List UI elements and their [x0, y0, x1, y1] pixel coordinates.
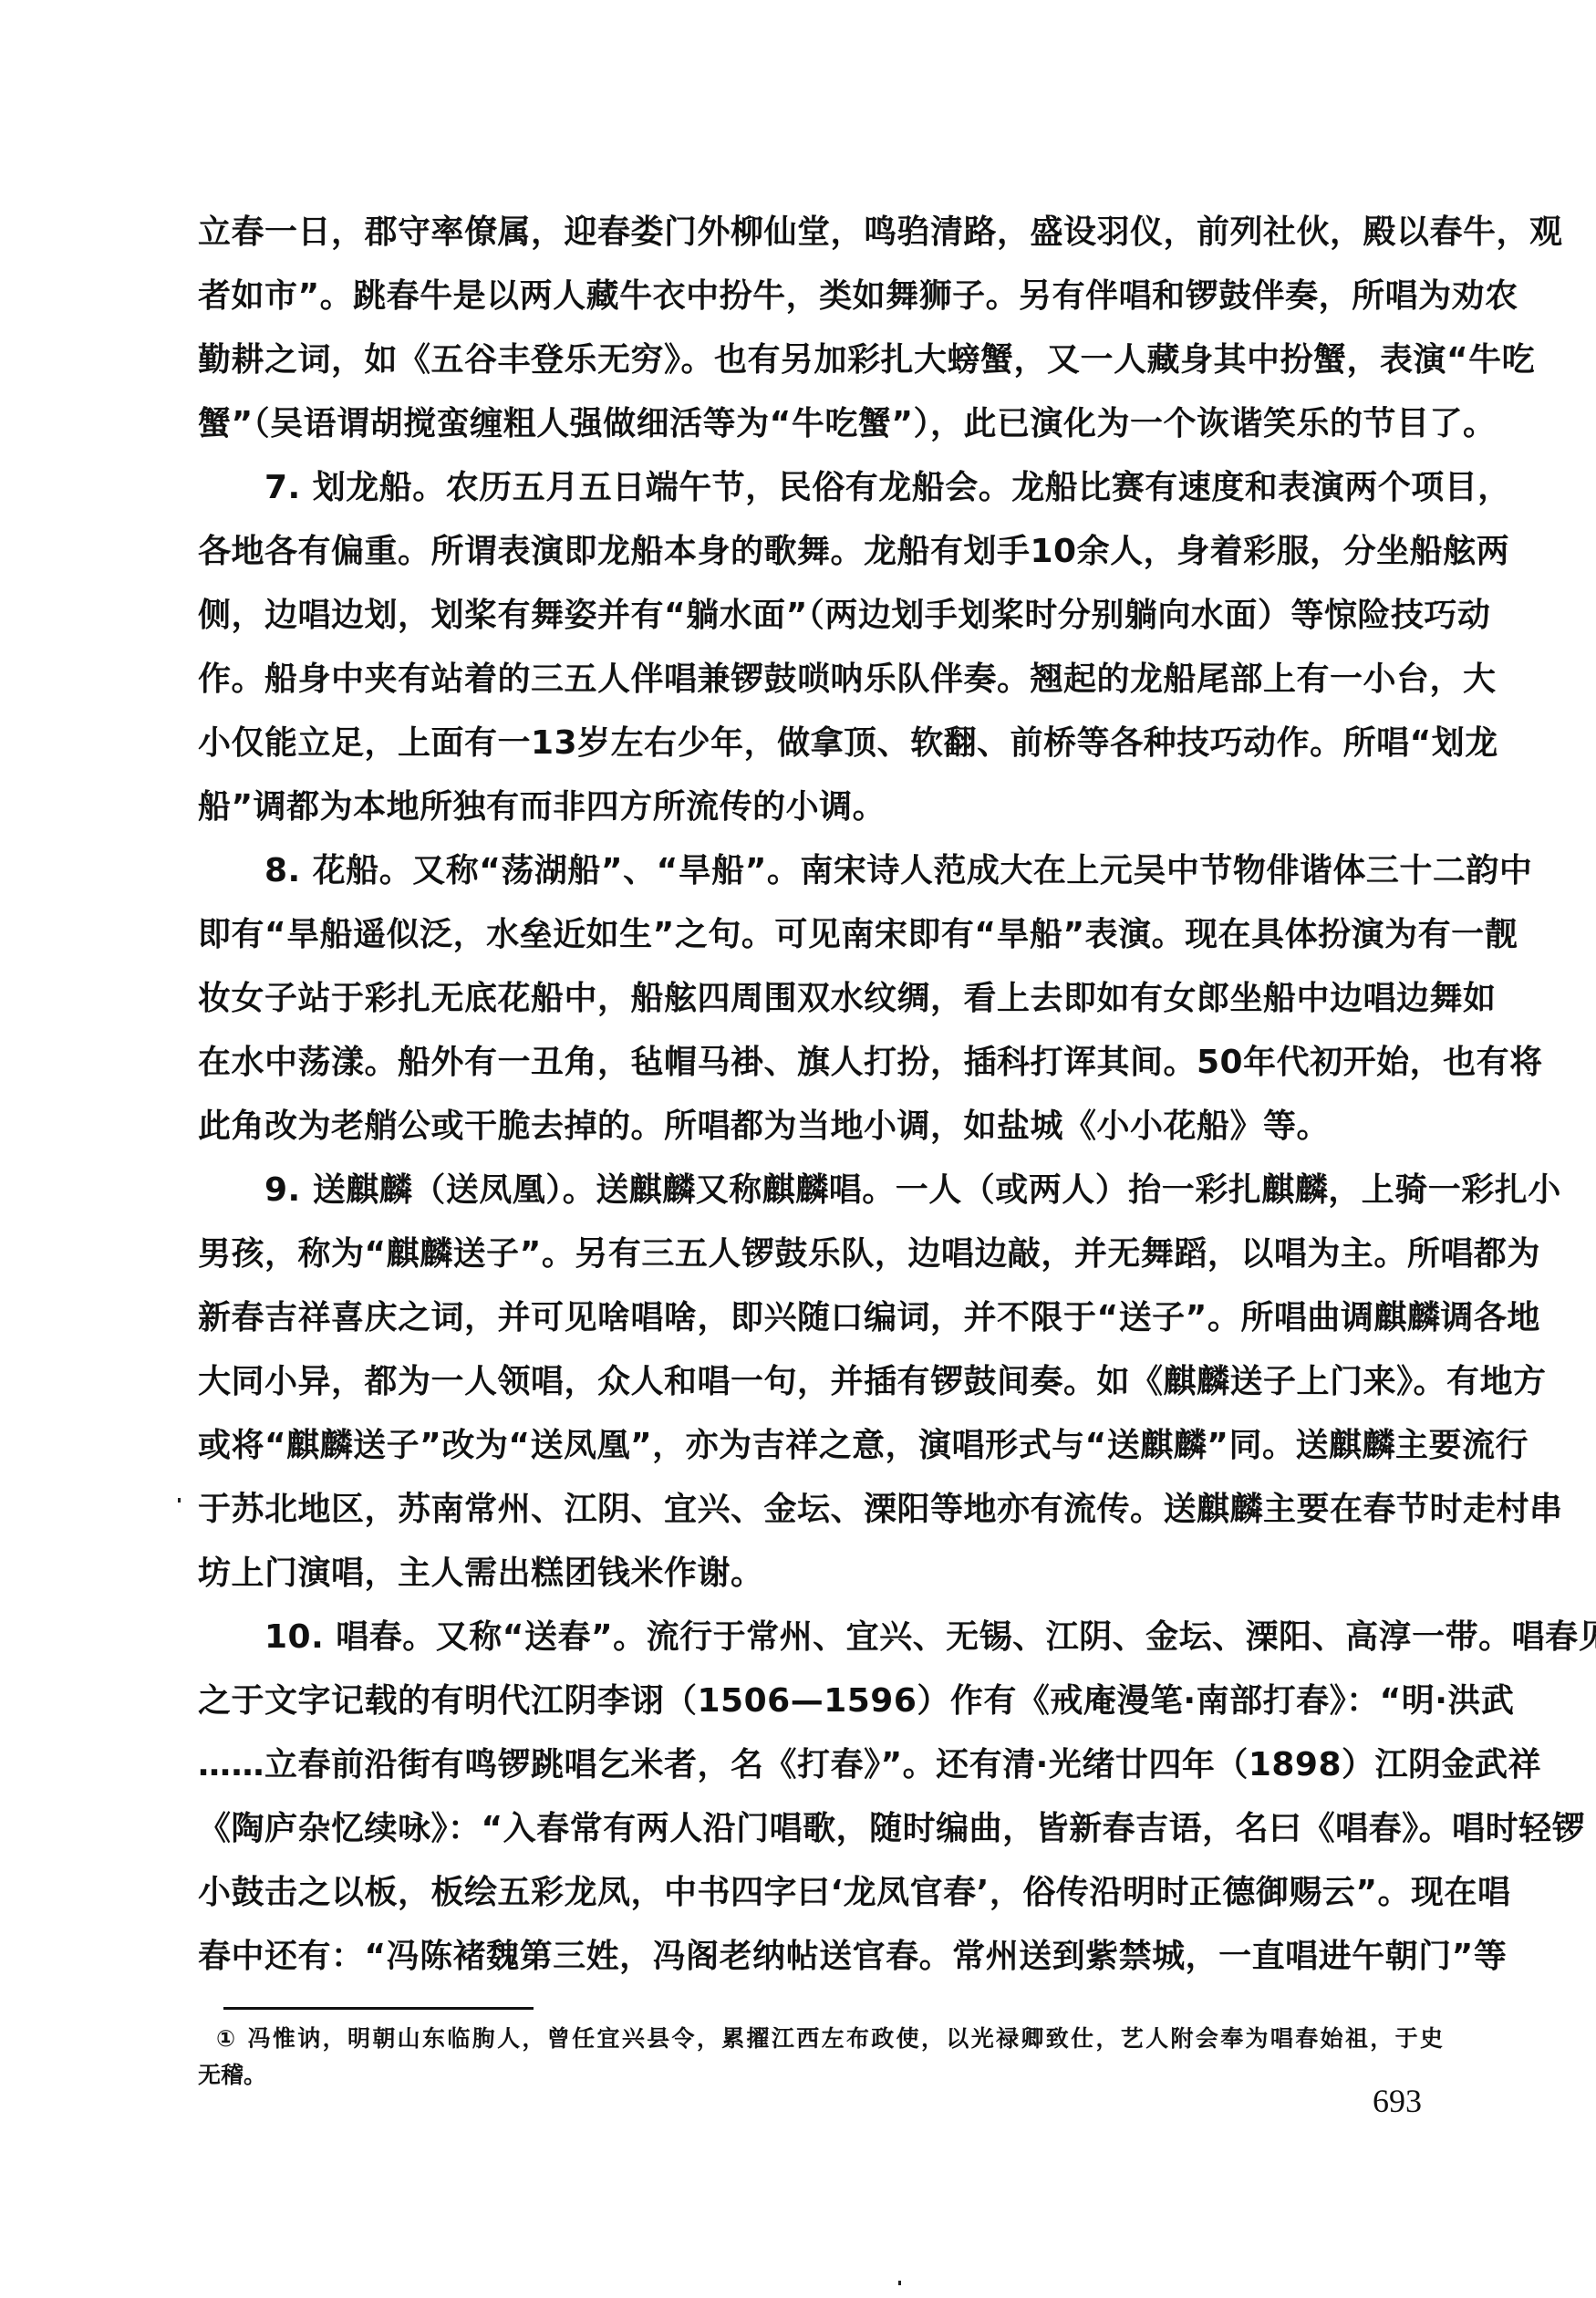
footnote-line: ① 冯惟讷，明朝山东临朐人，曾任宜兴县令，累擢江西左布政使，以光禄卿致仕，艺人附… — [216, 2021, 1443, 2057]
text-line: 立春一日，郡守率僚属，迎春娄门外柳仙堂，鸣驺清路，盛设羽仪，前列社伙，殿以春牛，… — [198, 201, 1443, 265]
text-line: 船”调都为本地所独有而非四方所流传的小调。 — [198, 775, 1443, 839]
scan-speck — [178, 1498, 181, 1503]
text-line: 各地各有偏重。所谓表演即龙船本身的歌舞。龙船有划手10余人，身着彩服，分坐船舷两 — [198, 520, 1443, 584]
text-line: 坊上门演唱，主人需出糕团钱米作谢。 — [198, 1542, 1443, 1606]
text-line: 侧，边唱边划，划桨有舞姿并有“躺水面”（两边划手划桨时分别躺向水面）等惊险技巧动 — [198, 584, 1443, 648]
scan-speck — [898, 2281, 901, 2285]
text-line: 小仅能立足，上面有一13岁左右少年，做拿顶、软翻、前桥等各种技巧动作。所唱“划龙 — [198, 712, 1443, 775]
text-line: 者如市”。跳春牛是以两人藏牛衣中扮牛，类如舞狮子。另有伴唱和锣鼓伴奏，所唱为劝农 — [198, 265, 1443, 328]
text-line: 或将“麒麟送子”改为“送凤凰”，亦为吉祥之意，演唱形式与“送麒麟”同。送麒麟主要… — [198, 1414, 1443, 1478]
text-line: 春中还有：“冯陈褚魏第三姓，冯阁老纳帖送官春。常州送到紫禁城，一直唱进午朝门”等 — [198, 1925, 1443, 1989]
text-line: 小鼓击之以板，板绘五彩龙凤，中书四字曰‘龙凤官春’，俗传沿明时正德御赐云”。现在… — [198, 1861, 1443, 1925]
text-line: 蟹”（吴语谓胡搅蛮缠粗人强做细活等为“牛吃蟹”），此已演化为一个诙谐笑乐的节目了… — [198, 392, 1443, 456]
text-line: 此角改为老艄公或干脆去掉的。所唱都为当地小调，如盐城《小小花船》等。 — [198, 1095, 1443, 1159]
text-line: 之于文字记载的有明代江阴李诩（1506—1596）作有《戒庵漫笔·南部打春》：“… — [198, 1669, 1443, 1733]
text-line: 作。船身中夹有站着的三五人伴唱兼锣鼓唢呐乐队伴奏。翘起的龙船尾部上有一小台，大 — [198, 648, 1443, 712]
text-line: 《陶庐杂忆续咏》：“入春常有两人沿门唱歌，随时编曲，皆新春吉语，名曰《唱春》。唱… — [198, 1797, 1443, 1861]
text-line: 新春吉祥喜庆之词，并可见啥唱啥，即兴随口编词，并不限于“送子”。所唱曲调麒麟调各… — [198, 1286, 1443, 1350]
text-line: 即有“旱船遥似泛，水垒近如生”之句。可见南宋即有“旱船”表演。现在具体扮演为有一… — [198, 903, 1443, 967]
text-line: 大同小异，都为一人领唱，众人和唱一句，并插有锣鼓间奏。如《麒麟送子上门来》。有地… — [198, 1350, 1443, 1414]
footnote-separator — [223, 2007, 534, 2010]
text-line: 在水中荡漾。船外有一丑角，毡帽马褂、旗人打扮，插科打诨其间。50年代初开始，也有… — [198, 1031, 1443, 1095]
text-line: 男孩，称为“麒麟送子”。另有三五人锣鼓乐队，边唱边敲，并无舞蹈，以唱为主。所唱都… — [198, 1222, 1443, 1286]
text-line: 于苏北地区，苏南常州、江阴、宜兴、金坛、溧阳等地亦有流传。送麒麟主要在春节时走村… — [198, 1478, 1443, 1542]
text-line: 10. 唱春。又称“送春”。流行于常州、宜兴、无锡、江阴、金坛、溧阳、高淳一带。… — [264, 1606, 1443, 1669]
page-number: 693 — [1373, 2082, 1422, 2120]
text-line: 9. 送麒麟（送凤凰）。送麒麟又称麒麟唱。一人（或两人）抬一彩扎麒麟，上骑一彩扎… — [264, 1159, 1443, 1222]
text-line: ……立春前沿街有鸣锣跳唱乞米者，名《打春》”。还有清·光绪廿四年（1898）江阴… — [198, 1733, 1443, 1797]
footnote-line: 无稽。 — [198, 2057, 1425, 2094]
text-line: 8. 花船。又称“荡湖船”、“旱船”。南宋诗人范成大在上元吴中节物俳谐体三十二韵… — [264, 839, 1443, 903]
text-line: 勤耕之词，如《五谷丰登乐无穷》。也有另加彩扎大螃蟹，又一人藏身其中扮蟹，表演“牛… — [198, 328, 1443, 392]
text-line: 7. 划龙船。农历五月五日端午节，民俗有龙船会。龙船比赛有速度和表演两个项目， — [264, 456, 1443, 520]
text-line: 妆女子站于彩扎无底花船中，船舷四周围双水纹绸，看上去即如有女郎坐船中边唱边舞如 — [198, 967, 1443, 1031]
